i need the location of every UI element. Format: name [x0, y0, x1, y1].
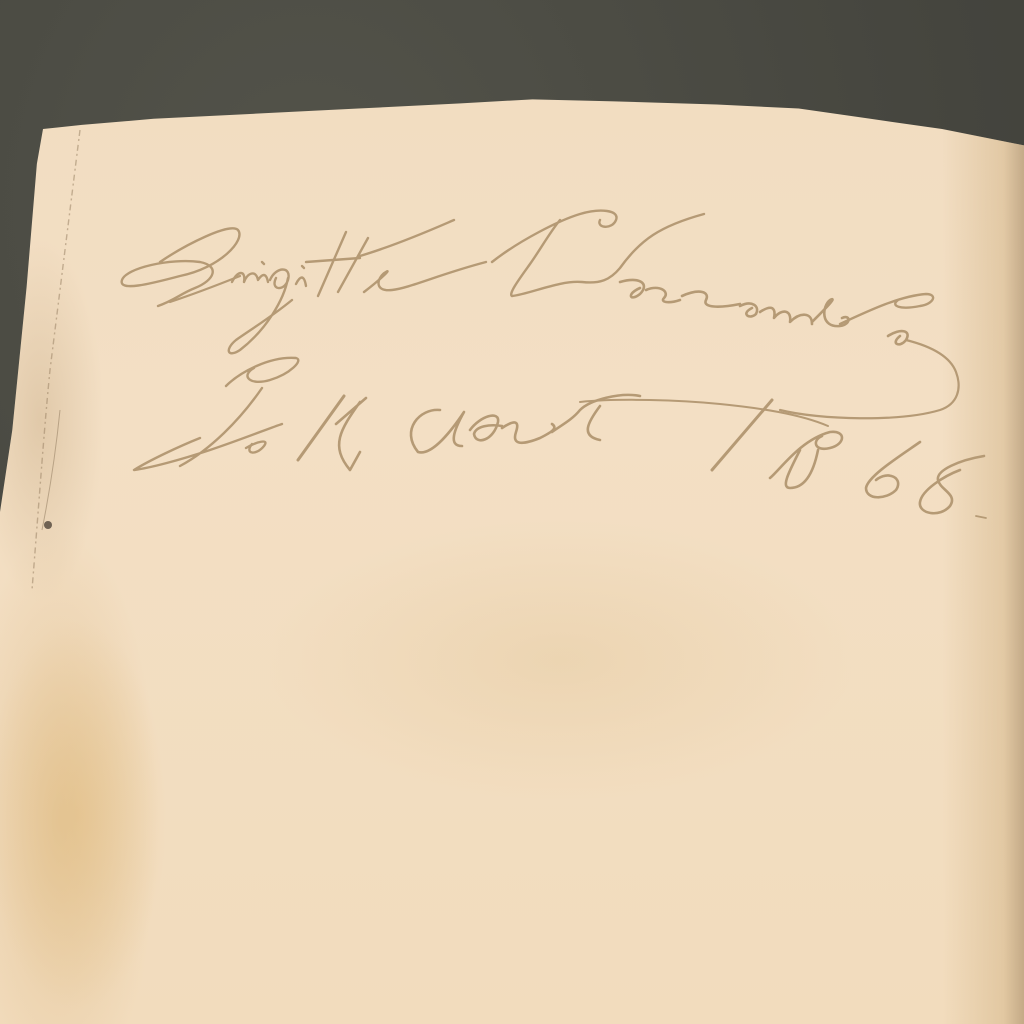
- photo-scene: Brigitte Lascombe Le 17 août 1868: [0, 0, 1024, 1024]
- book-page: [0, 0, 1024, 1024]
- inscription-line-2: Le 17 août 1868: [0, 0, 1, 1]
- inscription-line-1: Brigitte Lascombe: [0, 0, 1, 1]
